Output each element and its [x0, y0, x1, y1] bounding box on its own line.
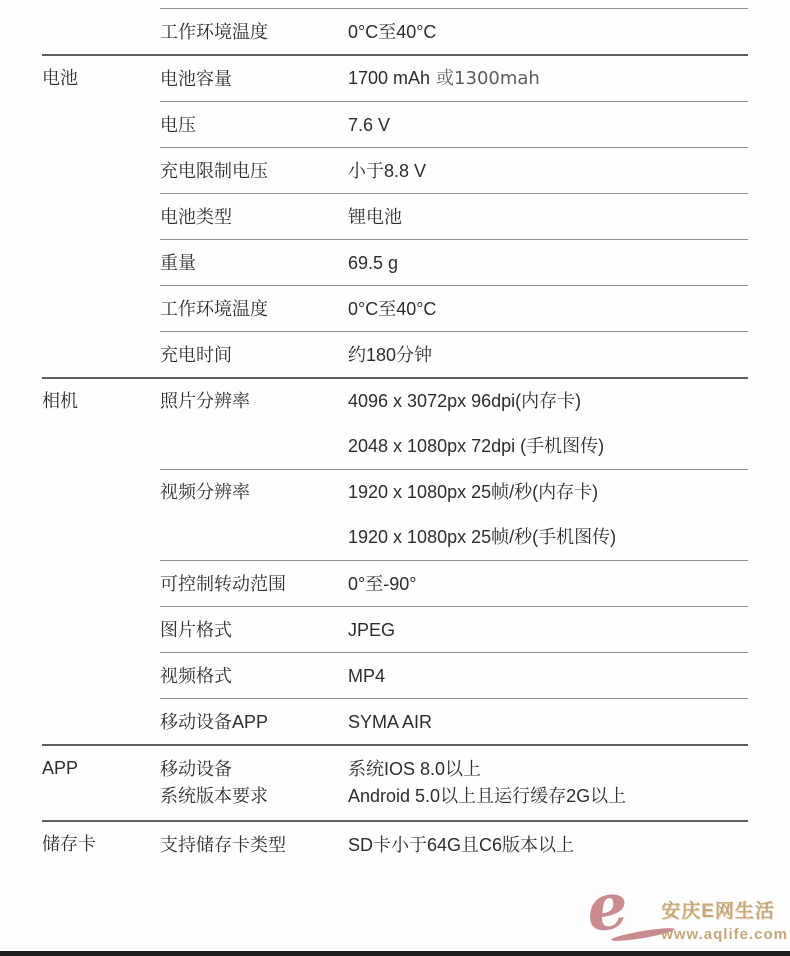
spec-label: 支持储存卡类型 — [160, 834, 348, 856]
table-row: 充电限制电压 小于8.8 V — [160, 148, 748, 193]
spec-value: 约180分钟 — [348, 344, 748, 366]
section-rows: 支持储存卡类型 SD卡小于64G且C6版本以上 — [160, 822, 748, 867]
spec-value: MP4 — [348, 665, 748, 687]
spec-label: 工作环境温度 — [160, 21, 348, 43]
spec-label: 视频格式 — [160, 665, 348, 687]
spec-value: JPEG — [348, 619, 748, 641]
spec-label: 照片分辨率 — [160, 379, 348, 424]
spec-value: SD卡小于64G且C6版本以上 — [348, 834, 748, 856]
section-rows: 照片分辨率 4096 x 3072px 96dpi(内存卡) 2048 x 10… — [160, 379, 748, 744]
table-row: 视频格式 MP4 — [160, 653, 748, 698]
spec-sheet-page: 工作环境温度 0°C至40°C 电池 电池容量 1700 mAh或1300mah… — [0, 0, 790, 956]
table-row: 电池类型 锂电池 — [160, 194, 748, 239]
table-row: 电池容量 1700 mAh或1300mah — [160, 56, 748, 101]
section-rows: 电池容量 1700 mAh或1300mah 电压 7.6 V 充电限制电压 小于… — [160, 56, 748, 377]
section-app: APP 移动设备 系统版本要求 系统IOS 8.0以上 Android 5.0以… — [42, 744, 748, 820]
spec-label-line: 移动设备 — [160, 756, 348, 783]
spec-label: 重量 — [160, 252, 348, 274]
spec-value: 4096 x 3072px 96dpi(内存卡) 2048 x 1080px 7… — [348, 379, 748, 469]
spec-value-alt: 或1300mah — [436, 68, 540, 89]
spec-label: 移动设备APP — [160, 711, 348, 733]
table-row: 重量 69.5 g — [160, 240, 748, 285]
spec-value-main: 1700 mAh — [348, 68, 430, 88]
spec-label: 视频分辨率 — [160, 470, 348, 515]
spec-value-line: 系统IOS 8.0以上 — [348, 756, 748, 783]
spec-value-line: 1920 x 1080px 25帧/秒(内存卡) — [348, 470, 748, 515]
spec-label-line: 系统版本要求 — [160, 783, 348, 810]
spec-label: 移动设备 系统版本要求 — [160, 756, 348, 810]
table-row: 图片格式 JPEG — [160, 607, 748, 652]
spec-label: 图片格式 — [160, 619, 348, 641]
spec-value: SYMA AIR — [348, 711, 748, 733]
bottom-edge-bar — [0, 951, 790, 956]
spec-value: 锂电池 — [348, 206, 748, 228]
spec-label: 电压 — [160, 114, 348, 136]
spec-value: 0°C至40°C — [348, 21, 748, 43]
spec-value: 1920 x 1080px 25帧/秒(内存卡) 1920 x 1080px 2… — [348, 470, 748, 560]
table-row: 视频分辨率 1920 x 1080px 25帧/秒(内存卡) 1920 x 10… — [160, 470, 748, 560]
section-rows: 移动设备 系统版本要求 系统IOS 8.0以上 Android 5.0以上且运行… — [160, 746, 748, 820]
table-row: 工作环境温度 0°C至40°C — [160, 9, 748, 54]
spec-value: 69.5 g — [348, 252, 748, 274]
spec-value-line: 2048 x 1080px 72dpi (手机图传) — [348, 424, 748, 469]
spec-label: 可控制转动范围 — [160, 573, 348, 595]
category-label: 相机 — [42, 379, 160, 744]
table-row: 支持储存卡类型 SD卡小于64G且C6版本以上 — [160, 822, 748, 867]
section-top: 工作环境温度 0°C至40°C — [42, 8, 748, 54]
category-label: 电池 — [42, 56, 160, 377]
spec-label: 电池类型 — [160, 206, 348, 228]
category-label: 储存卡 — [42, 822, 160, 867]
spec-value: 系统IOS 8.0以上 Android 5.0以上且运行缓存2G以上 — [348, 756, 748, 810]
section-storage-card: 储存卡 支持储存卡类型 SD卡小于64G且C6版本以上 — [42, 820, 748, 867]
spec-value-line: Android 5.0以上且运行缓存2G以上 — [348, 783, 748, 810]
section-camera: 相机 照片分辨率 4096 x 3072px 96dpi(内存卡) 2048 x… — [42, 377, 748, 744]
spec-label: 充电时间 — [160, 344, 348, 366]
spec-label: 工作环境温度 — [160, 298, 348, 320]
table-row: 工作环境温度 0°C至40°C — [160, 286, 748, 331]
spec-value: 0°C至40°C — [348, 298, 748, 320]
watermark-e-icon: e — [584, 874, 631, 942]
spec-value-line: 1920 x 1080px 25帧/秒(手机图传) — [348, 515, 748, 560]
table-row: 电压 7.6 V — [160, 102, 748, 147]
watermark-site-url: www.aqlife.com — [661, 926, 788, 943]
table-row: 充电时间 约180分钟 — [160, 332, 748, 377]
section-rows: 工作环境温度 0°C至40°C — [160, 8, 748, 54]
spec-value: 1700 mAh或1300mah — [348, 67, 748, 90]
section-battery: 电池 电池容量 1700 mAh或1300mah 电压 7.6 V 充电限制电压… — [42, 54, 748, 377]
watermark-text: 安庆E网生活 www.aqlife.com — [661, 896, 788, 943]
spec-value: 7.6 V — [348, 114, 748, 136]
spec-value: 0°至-90° — [348, 573, 748, 595]
spec-value-line: 4096 x 3072px 96dpi(内存卡) — [348, 379, 748, 424]
table-row: 移动设备APP SYMA AIR — [160, 699, 748, 744]
spec-label: 充电限制电压 — [160, 160, 348, 182]
category-label — [42, 8, 160, 54]
table-row: 移动设备 系统版本要求 系统IOS 8.0以上 Android 5.0以上且运行… — [160, 746, 748, 820]
spec-value: 小于8.8 V — [348, 160, 748, 182]
table-row: 可控制转动范围 0°至-90° — [160, 561, 748, 606]
watermark-site-name: 安庆E网生活 — [661, 896, 788, 923]
spec-table: 工作环境温度 0°C至40°C 电池 电池容量 1700 mAh或1300mah… — [42, 8, 748, 867]
watermark-logo: e — [587, 890, 661, 948]
category-label: APP — [42, 746, 160, 820]
watermark: e 安庆E网生活 www.aqlife.com — [587, 890, 788, 948]
spec-label: 电池容量 — [160, 68, 348, 90]
watermark-brush-stroke-icon — [611, 925, 675, 943]
table-row: 照片分辨率 4096 x 3072px 96dpi(内存卡) 2048 x 10… — [160, 379, 748, 469]
